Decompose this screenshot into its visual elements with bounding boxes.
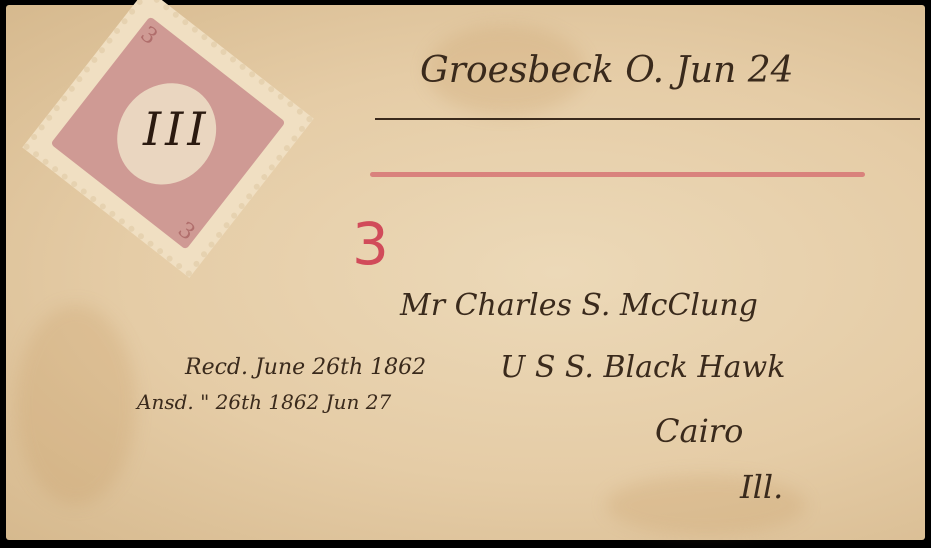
- stain: [16, 305, 136, 505]
- postmark-line: Groesbeck O. Jun 24: [420, 50, 794, 91]
- address-city: Cairo: [655, 412, 743, 450]
- stamp-denomination: 3: [135, 22, 161, 50]
- flourish-underline: [375, 118, 920, 120]
- address-ship: U S S. Black Hawk: [500, 350, 785, 385]
- cancel-marks: III: [143, 102, 210, 156]
- received-note: Recd. June 26th 1862: [185, 355, 426, 380]
- answered-note: Ansd. " 26th 1862 Jun 27: [137, 390, 391, 414]
- address-state: Ill.: [740, 468, 783, 506]
- stamp-denomination: 3: [173, 217, 199, 245]
- red-crayon-mark: 3: [352, 210, 389, 278]
- red-crayon-line: [370, 172, 865, 177]
- address-name: Mr Charles S. McClung: [400, 288, 758, 323]
